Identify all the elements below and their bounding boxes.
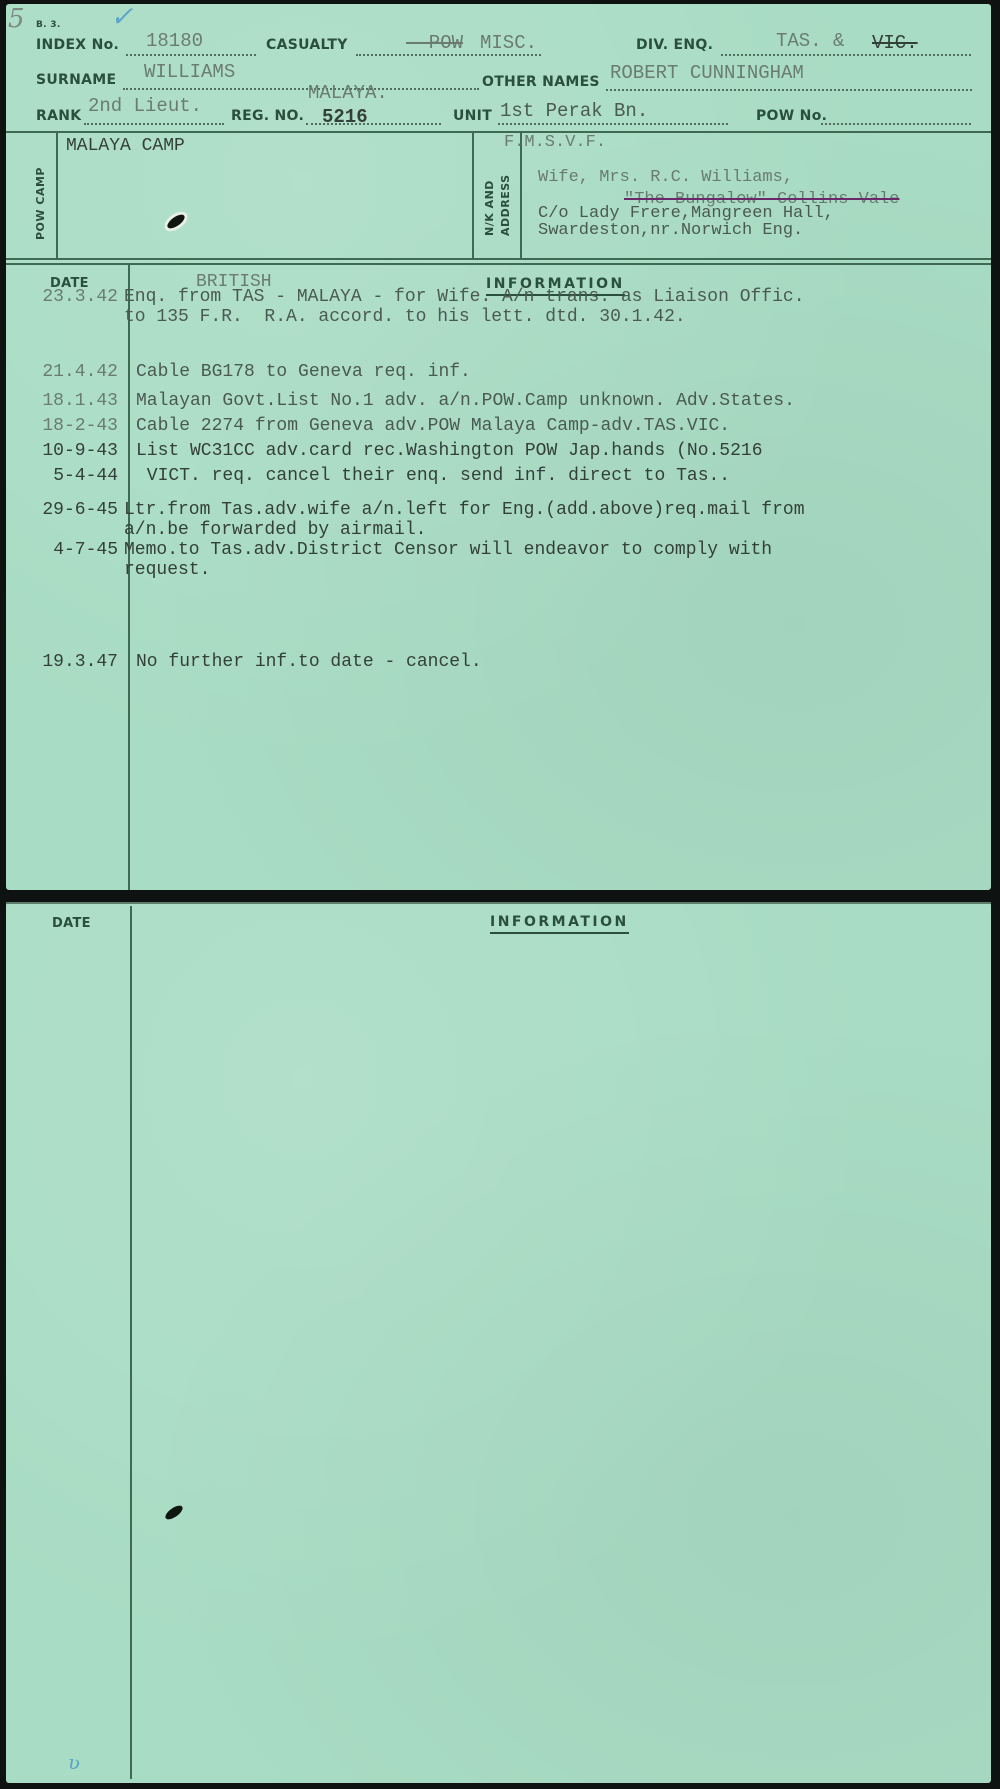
casualty-value: MISC.	[480, 32, 537, 54]
log-entry-date: 29-6-45	[16, 500, 118, 520]
nk-address-line: Wife, Mrs. R.C. Williams,	[538, 168, 793, 187]
unit-value: 1st Perak Bn.	[500, 100, 648, 122]
punch-hole	[165, 212, 187, 231]
log-entry-text: Enq. from TAS - MALAYA - for Wife. A/n t…	[124, 287, 805, 307]
log-entry-date: 23.3.42	[16, 287, 118, 307]
card-front: 5 ✓ B. 3. INDEX No. 18180 CASUALTY --POW…	[6, 4, 991, 890]
div-enq-struck-value: VIC.	[872, 32, 918, 54]
blue-pencil-mark: ʋ	[68, 1750, 80, 1774]
reg-no-annotation: MALAYA.	[308, 82, 388, 104]
surname-label: SURNAME	[36, 72, 116, 88]
nk-address-line: F.M.S.V.F.	[504, 133, 606, 152]
reg-no-value: 5216	[322, 106, 368, 128]
casualty-struck-value: --POW	[406, 32, 463, 54]
log-entry-text: to 135 F.R. R.A. accord. to his lett. dt…	[124, 307, 686, 327]
unit-label: UNIT	[453, 108, 492, 124]
log-entry-text: Malayan Govt.List No.1 adv. a/n.POW.Camp…	[136, 391, 795, 411]
reg-no-label: REG. NO.	[231, 108, 304, 124]
other-names-value: ROBERT CUNNINGHAM	[610, 62, 804, 84]
casualty-label: CASUALTY	[266, 37, 348, 53]
pow-no-label: POW No.	[756, 108, 827, 124]
log-entry-text: VICT. req. cancel their enq. send inf. d…	[136, 466, 730, 486]
log-entry-date: 10-9-43	[16, 441, 118, 461]
pencil-number-mark: 5	[8, 4, 25, 34]
div-enq-value: TAS. &	[776, 30, 844, 52]
nk-address-line: Swardeston,nr.Norwich Eng.	[538, 221, 803, 240]
log-entry-text: Cable BG178 to Geneva req. inf.	[136, 362, 471, 382]
nk-address-label-line1: N/K AND	[483, 180, 496, 236]
punch-hole	[163, 1503, 185, 1522]
log-entry-text: Cable 2274 from Geneva adv.POW Malaya Ca…	[136, 416, 730, 436]
information-column-heading: INFORMATION	[490, 914, 629, 934]
log-entry-text: a/n.be forwarded by airmail.	[124, 520, 426, 540]
log-entry-text: No further inf.to date - cancel.	[136, 652, 482, 672]
log-entry-text: request.	[124, 560, 210, 580]
index-no-value: 18180	[146, 30, 203, 52]
rank-value: 2nd Lieut.	[88, 95, 202, 117]
index-no-label: INDEX No.	[36, 37, 119, 53]
pow-camp-value: MALAYA CAMP	[66, 136, 185, 156]
log-entry-date: 18.1.43	[16, 391, 118, 411]
rank-label: RANK	[36, 108, 81, 124]
log-entry-date: 21.4.42	[16, 362, 118, 382]
log-entry-text: Memo.to Tas.adv.District Censor will end…	[124, 540, 772, 560]
div-enq-label: DIV. ENQ.	[636, 37, 713, 53]
log-entry-date: 18-2-43	[16, 416, 118, 436]
log-entry-date: 5-4-44	[16, 466, 118, 486]
date-column-heading: DATE	[52, 916, 91, 931]
blue-check-mark: ✓	[110, 0, 133, 33]
surname-value: WILLIAMS	[144, 61, 235, 83]
other-names-label: OTHER NAMES	[482, 74, 600, 90]
card-back: DATE INFORMATION ʋ	[6, 902, 991, 1783]
log-entry-text: Ltr.from Tas.adv.wife a/n.left for Eng.(…	[124, 500, 805, 520]
log-entry-text: List WC31CC adv.card rec.Washington POW …	[136, 441, 763, 461]
log-entry-date: 4-7-45	[16, 540, 118, 560]
pow-camp-label: POW CAMP	[34, 167, 47, 240]
form-code: B. 3.	[36, 20, 61, 30]
nk-address-label-line2: ADDRESS	[499, 174, 512, 236]
log-entry-date: 19.3.47	[16, 652, 118, 672]
